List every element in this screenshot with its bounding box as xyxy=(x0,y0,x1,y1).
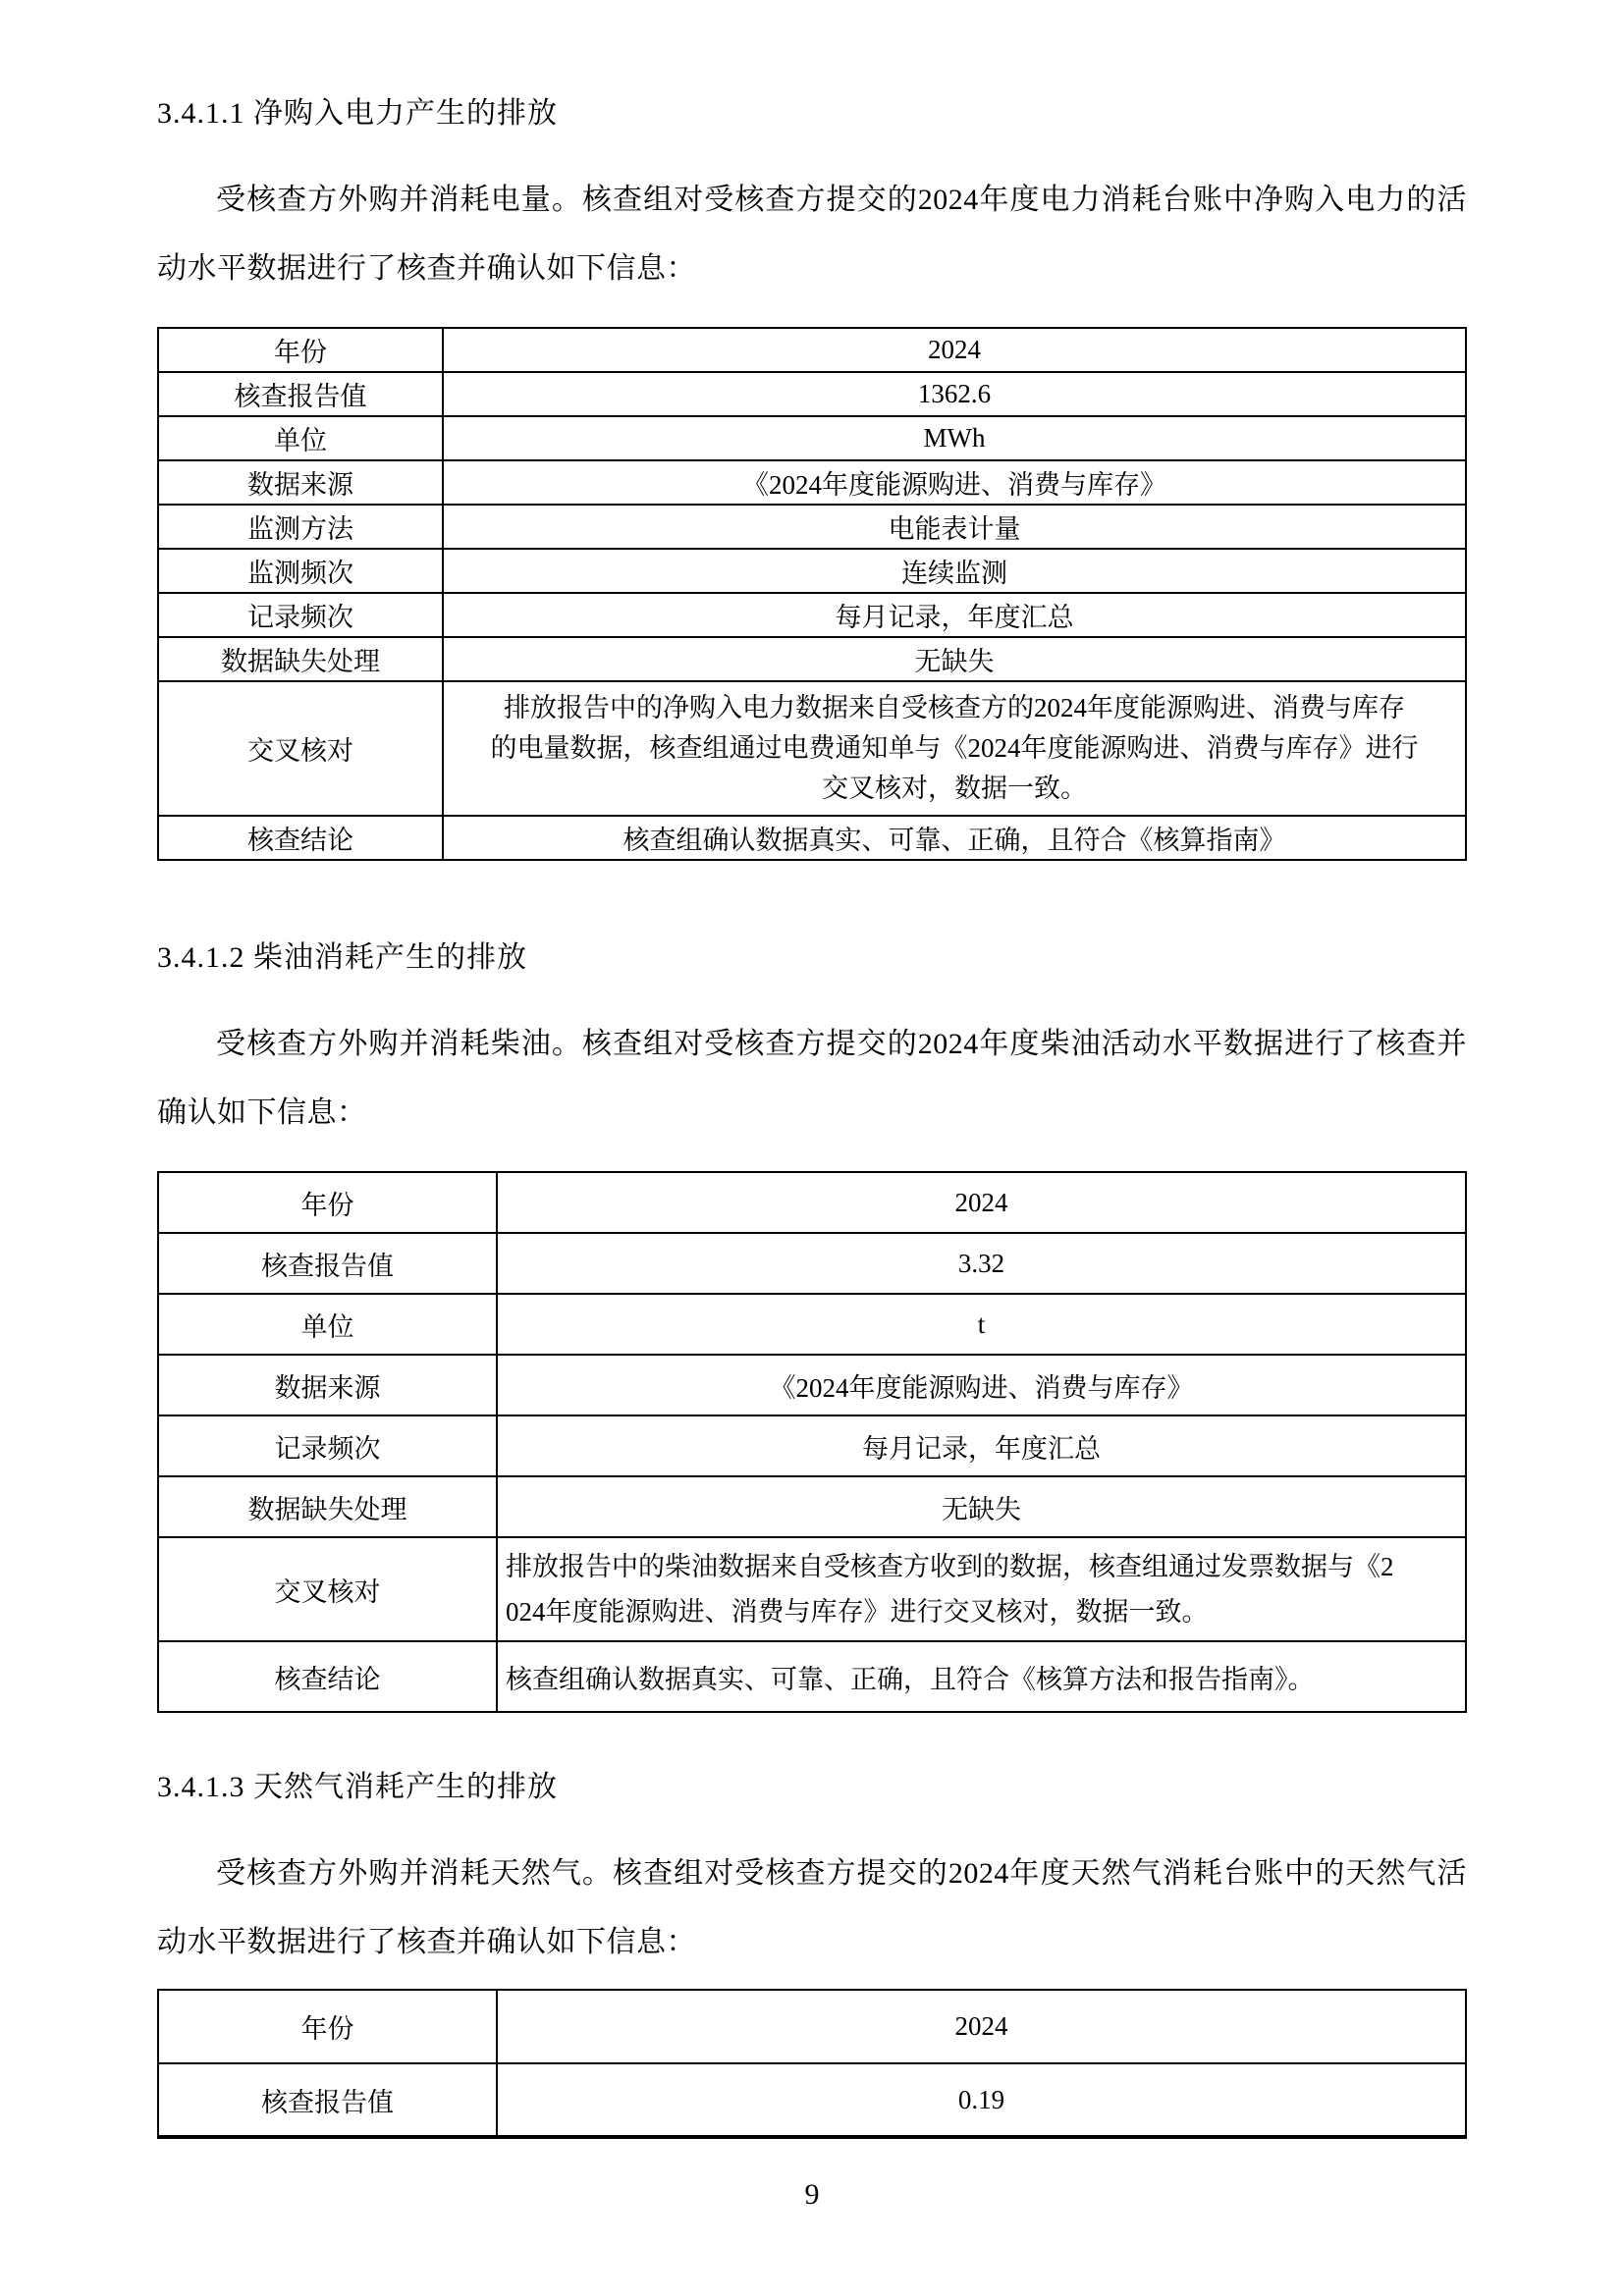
section-electricity: 3.4.1.1 净购入电力产生的排放 受核查方外购并消耗电量。核查组对受核查方提… xyxy=(157,93,1467,861)
table-row-conclusion: 核查结论 核查组确认数据真实、可靠、正确，且符合《核算方法和报告指南》。 xyxy=(158,1641,1466,1712)
table-row: 核查报告值 0.19 xyxy=(158,2063,1466,2137)
row-value: 核查组确认数据真实、可靠、正确，且符合《核算方法和报告指南》。 xyxy=(497,1641,1466,1712)
row-value: 排放报告中的净购入电力数据来自受核查方的2024年度能源购进、消费与库存 的电量… xyxy=(443,681,1466,816)
row-value: 2024 xyxy=(443,328,1466,372)
section-diesel: 3.4.1.2 柴油消耗产生的排放 受核查方外购并消耗柴油。核查组对受核查方提交… xyxy=(157,937,1467,1713)
verification-table-diesel: 年份 2024 核查报告值 3.32 单位 t 数据来源 《2024年度能源购进… xyxy=(157,1171,1467,1713)
row-label: 单位 xyxy=(158,416,443,460)
row-value: 3.32 xyxy=(497,1233,1466,1294)
row-value: 每月记录，年度汇总 xyxy=(497,1415,1466,1476)
row-label: 核查报告值 xyxy=(158,2063,497,2137)
row-label: 监测方法 xyxy=(158,505,443,549)
table-row: 数据来源 《2024年度能源购进、消费与库存》 xyxy=(158,460,1466,505)
row-label: 数据来源 xyxy=(158,460,443,505)
table-row-conclusion: 核查结论 核查组确认数据真实、可靠、正确，且符合《核算指南》 xyxy=(158,816,1466,860)
row-label: 监测频次 xyxy=(158,549,443,593)
row-label: 核查报告值 xyxy=(158,1233,497,1294)
row-value: MWh xyxy=(443,416,1466,460)
section-paragraph: 受核查方外购并消耗电量。核查组对受核查方提交的2024年度电力消耗台账中净购入电… xyxy=(157,166,1467,303)
table-row: 监测频次 连续监测 xyxy=(158,549,1466,593)
table-row: 记录频次 每月记录，年度汇总 xyxy=(158,1415,1466,1476)
row-label: 数据缺失处理 xyxy=(158,1476,497,1537)
row-label: 交叉核对 xyxy=(158,681,443,816)
row-value: 连续监测 xyxy=(443,549,1466,593)
table-row: 年份 2024 xyxy=(158,328,1466,372)
row-value: 2024 xyxy=(497,1990,1466,2063)
cell-line: 排放报告中的净购入电力数据来自受核查方的2024年度能源购进、消费与库存 xyxy=(456,688,1453,728)
cell-line: 024年度能源购进、消费与库存》进行交叉核对，数据一致。 xyxy=(506,1589,1457,1634)
table-row: 监测方法 电能表计量 xyxy=(158,505,1466,549)
table-row: 数据来源 《2024年度能源购进、消费与库存》 xyxy=(158,1355,1466,1415)
table-row: 数据缺失处理 无缺失 xyxy=(158,637,1466,681)
document-page: 3.4.1.1 净购入电力产生的排放 受核查方外购并消耗电量。核查组对受核查方提… xyxy=(0,0,1624,2296)
section-paragraph: 受核查方外购并消耗柴油。核查组对受核查方提交的2024年度柴油活动水平数据进行了… xyxy=(157,1010,1467,1148)
cell-line: 排放报告中的柴油数据来自受核查方收到的数据，核查组通过发票数据与《2 xyxy=(506,1544,1457,1589)
section-natural-gas: 3.4.1.3 天然气消耗产生的排放 受核查方外购并消耗天然气。核查组对受核查方… xyxy=(157,1767,1467,2139)
table-row: 年份 2024 xyxy=(158,1990,1466,2063)
table-row: 单位 MWh xyxy=(158,416,1466,460)
verification-table-electricity: 年份 2024 核查报告值 1362.6 单位 MWh 数据来源 《2024年度… xyxy=(157,327,1467,861)
row-label: 交叉核对 xyxy=(158,1537,497,1641)
row-label: 数据缺失处理 xyxy=(158,637,443,681)
row-label: 核查结论 xyxy=(158,816,443,860)
section-heading: 3.4.1.3 天然气消耗产生的排放 xyxy=(157,1767,1467,1808)
row-value: 《2024年度能源购进、消费与库存》 xyxy=(443,460,1466,505)
table-row: 年份 2024 xyxy=(158,1172,1466,1233)
row-value: 核查组确认数据真实、可靠、正确，且符合《核算指南》 xyxy=(443,816,1466,860)
table-row: 核查报告值 1362.6 xyxy=(158,372,1466,416)
row-label: 记录频次 xyxy=(158,593,443,637)
table-row: 单位 t xyxy=(158,1294,1466,1355)
row-value: 无缺失 xyxy=(443,637,1466,681)
row-label: 记录频次 xyxy=(158,1415,497,1476)
section-heading: 3.4.1.1 净购入电力产生的排放 xyxy=(157,93,1467,134)
row-value: 电能表计量 xyxy=(443,505,1466,549)
cell-line: 交叉核对，数据一致。 xyxy=(456,769,1453,809)
cell-line: 的电量数据，核查组通过电费通知单与《2024年度能源购进、消费与库存》进行 xyxy=(456,728,1453,769)
table-row-cross-check: 交叉核对 排放报告中的柴油数据来自受核查方收到的数据，核查组通过发票数据与《2 … xyxy=(158,1537,1466,1641)
table-row: 数据缺失处理 无缺失 xyxy=(158,1476,1466,1537)
row-value: t xyxy=(497,1294,1466,1355)
row-label: 单位 xyxy=(158,1294,497,1355)
row-value: 排放报告中的柴油数据来自受核查方收到的数据，核查组通过发票数据与《2 024年度… xyxy=(497,1537,1466,1641)
table-row-cross-check: 交叉核对 排放报告中的净购入电力数据来自受核查方的2024年度能源购进、消费与库… xyxy=(158,681,1466,816)
verification-table-natural-gas: 年份 2024 核查报告值 0.19 xyxy=(157,1989,1467,2139)
row-label: 核查结论 xyxy=(158,1641,497,1712)
row-label: 年份 xyxy=(158,1172,497,1233)
row-label: 核查报告值 xyxy=(158,372,443,416)
row-label: 数据来源 xyxy=(158,1355,497,1415)
row-value: 无缺失 xyxy=(497,1476,1466,1537)
row-value: 2024 xyxy=(497,1172,1466,1233)
section-heading: 3.4.1.2 柴油消耗产生的排放 xyxy=(157,937,1467,979)
row-label: 年份 xyxy=(158,1990,497,2063)
table-row: 记录频次 每月记录，年度汇总 xyxy=(158,593,1466,637)
row-label: 年份 xyxy=(158,328,443,372)
row-value: 每月记录，年度汇总 xyxy=(443,593,1466,637)
row-value: 0.19 xyxy=(497,2063,1466,2137)
page-number: 9 xyxy=(157,2178,1467,2212)
row-value: 1362.6 xyxy=(443,372,1466,416)
table-row: 核查报告值 3.32 xyxy=(158,1233,1466,1294)
row-value: 《2024年度能源购进、消费与库存》 xyxy=(497,1355,1466,1415)
section-paragraph: 受核查方外购并消耗天然气。核查组对受核查方提交的2024年度天然气消耗台账中的天… xyxy=(157,1840,1467,1977)
